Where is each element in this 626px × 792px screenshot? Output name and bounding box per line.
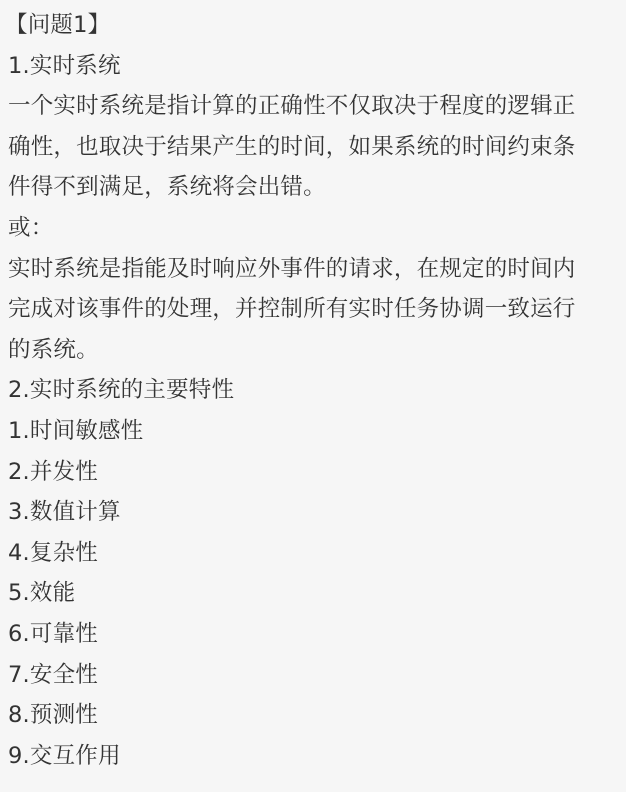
section2-title: 2.实时系统的主要特性 xyxy=(8,370,626,411)
definition-b-line: 的系统。 xyxy=(8,330,626,371)
definition-a: 一个实时系统是指计算的正确性不仅取决于程度的逻辑正 确性，也取决于结果产生的时间… xyxy=(8,86,626,208)
question-label: 【问题1】 xyxy=(5,5,626,46)
list-item: 6.可靠性 xyxy=(8,614,626,655)
list-item: 8.预测性 xyxy=(8,695,626,736)
list-item: 9.交互作用 xyxy=(8,736,626,777)
list-item: 4.复杂性 xyxy=(8,533,626,574)
definition-b-line: 实时系统是指能及时响应外事件的请求，在规定的时间内 xyxy=(8,249,626,290)
characteristics-list: 1.时间敏感性 2.并发性 3.数值计算 4.复杂性 5.效能 6.可靠性 7.… xyxy=(8,411,626,776)
list-item: 1.时间敏感性 xyxy=(8,411,626,452)
list-item: 5.效能 xyxy=(8,573,626,614)
definition-a-line: 一个实时系统是指计算的正确性不仅取决于程度的逻辑正 xyxy=(8,86,626,127)
definition-a-line: 件得不到满足，系统将会出错。 xyxy=(8,167,626,208)
definition-b-line: 完成对该事件的处理，并控制所有实时任务协调一致运行 xyxy=(8,289,626,330)
definition-a-line: 确性，也取决于结果产生的时间，如果系统的时间约束条 xyxy=(8,127,626,168)
or-label: 或： xyxy=(8,208,626,249)
section1-title: 1.实时系统 xyxy=(8,46,626,87)
list-item: 2.并发性 xyxy=(8,452,626,493)
definition-b: 实时系统是指能及时响应外事件的请求，在规定的时间内 完成对该事件的处理，并控制所… xyxy=(8,249,626,371)
document: 【问题1】 1.实时系统 一个实时系统是指计算的正确性不仅取决于程度的逻辑正 确… xyxy=(0,0,626,776)
list-item: 7.安全性 xyxy=(8,655,626,696)
list-item: 3.数值计算 xyxy=(8,492,626,533)
